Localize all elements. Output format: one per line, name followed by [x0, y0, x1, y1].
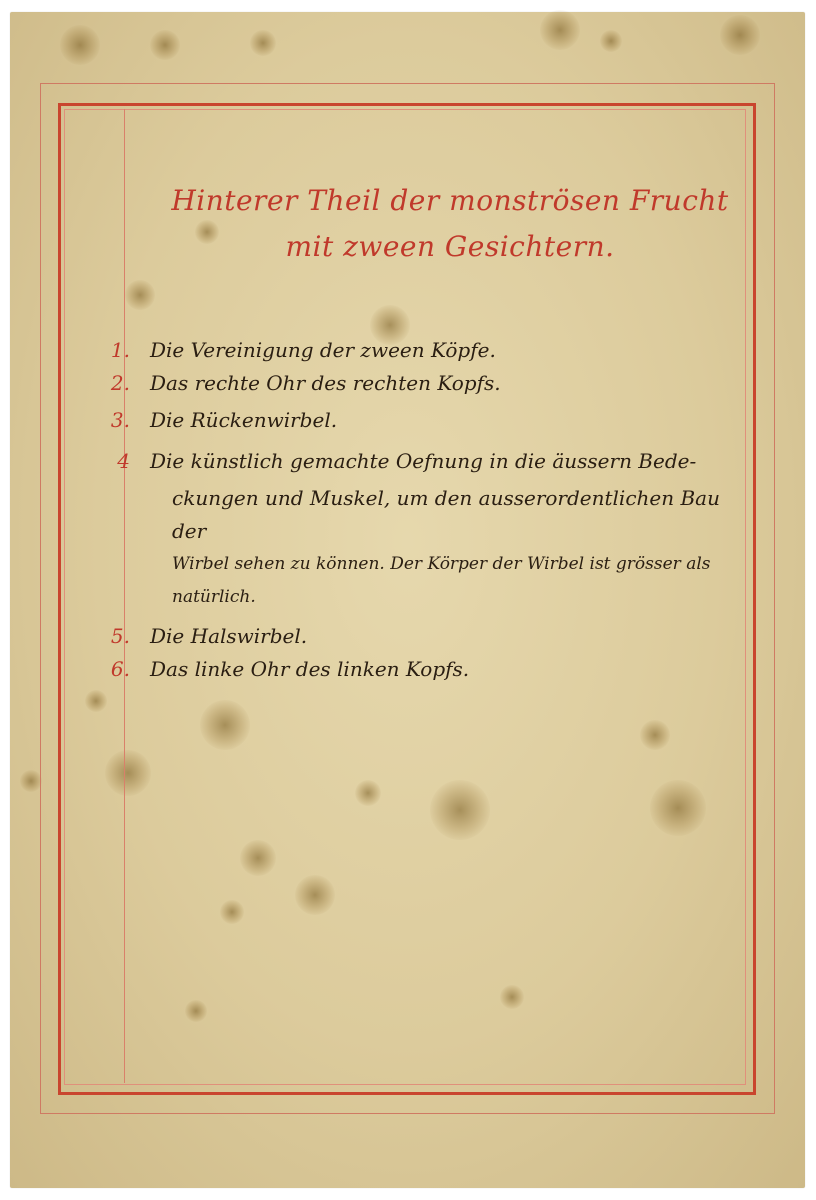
- item-number: 6.: [110, 653, 130, 686]
- item-text: Die Halswirbel.: [150, 620, 754, 653]
- list-item: 3. Die Rückenwirbel.: [104, 404, 754, 437]
- list-item: 1. Die Vereinigung der zween Köpfe.: [104, 334, 754, 367]
- list-item: 4 Die künstlich gemachte Oefnung in die …: [104, 445, 754, 614]
- page-title: Hinterer Theil der monströsen Frucht mit…: [150, 178, 750, 270]
- item-number: 3.: [110, 404, 130, 437]
- title-line-2: mit zween Gesichtern.: [150, 224, 750, 270]
- list-item: 5. Die Halswirbel.: [104, 620, 754, 653]
- numbered-list: 1. Die Vereinigung der zween Köpfe. 2. D…: [104, 334, 754, 686]
- item-number: 2.: [110, 367, 130, 400]
- list-item: 6. Das linke Ohr des linken Kopfs.: [104, 653, 754, 686]
- item-text-line-1: Die künstlich gemachte Oefnung in die äu…: [150, 445, 754, 478]
- title-line-1: Hinterer Theil der monströsen Frucht: [150, 178, 750, 224]
- item-number: 4: [110, 445, 130, 478]
- list-item: 2. Das rechte Ohr des rechten Kopfs.: [104, 367, 754, 400]
- item-number: 5.: [110, 620, 130, 653]
- item-text: Die Vereinigung der zween Köpfe.: [150, 334, 754, 367]
- item-text-line-3: Wirbel sehen zu können. Der Körper der W…: [150, 548, 754, 614]
- item-text: Das linke Ohr des linken Kopfs.: [150, 653, 754, 686]
- item-text: Die Rückenwirbel.: [150, 404, 754, 437]
- item-number: 1.: [110, 334, 130, 367]
- item-text: Das rechte Ohr des rechten Kopfs.: [150, 367, 754, 400]
- item-text-line-2: ckungen und Muskel, um den ausserordentl…: [150, 482, 754, 548]
